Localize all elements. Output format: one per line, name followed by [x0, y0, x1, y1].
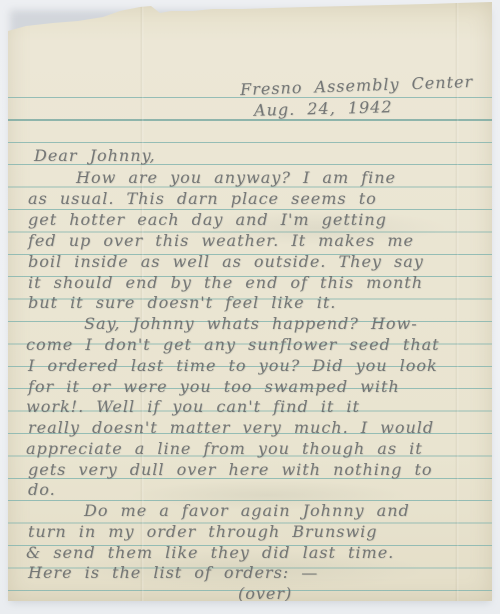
- letter-line: for it or were you too swamped with: [28, 377, 400, 397]
- letter-line: How are you anyway? I am fine: [76, 168, 396, 188]
- letter-line: as usual. This darn place seems to: [28, 189, 377, 209]
- letter-line: & send them like they did last time.: [26, 543, 394, 563]
- letter-line: fed up over this weather. It makes me: [28, 231, 414, 251]
- letter-line: do.: [28, 480, 56, 500]
- letter-line: get hotter each day and I'm getting: [28, 210, 387, 230]
- letter-line: I ordered last time to you? Did you look: [28, 356, 438, 376]
- letter-line: gets very dull over here with nothing to: [28, 460, 433, 480]
- letter-line: it should end by the end of this month: [28, 273, 423, 293]
- letter-line: come I don't get any sunflower seed that: [26, 335, 440, 355]
- letter-line: really doesn't matter very much. I would: [28, 418, 434, 438]
- letter-line: work!. Well if you can't find it it: [26, 397, 360, 417]
- letter-line: boil inside as well as outside. They say: [28, 252, 424, 272]
- scanned-letter: Fresno Assembly Center Aug. 24, 1942 Dea…: [0, 0, 500, 614]
- letter-line: Say, Johnny whats happend? How-: [84, 314, 418, 334]
- ruled-line-dark: [8, 119, 492, 121]
- letter-paper: Fresno Assembly Center Aug. 24, 1942 Dea…: [8, 0, 492, 601]
- letter-line: but it sure doesn't feel like it.: [28, 293, 336, 313]
- letter-line: turn in my order through Brunswig: [28, 522, 378, 542]
- letter-line: Do me a favor again Johnny and: [84, 501, 410, 521]
- letter-line: appreciate a line from you though as it: [26, 439, 423, 459]
- heading-location: Fresno Assembly Center: [240, 72, 474, 100]
- heading-date: Aug. 24, 1942: [254, 97, 393, 121]
- salutation: Dear Johnny,: [34, 146, 156, 166]
- letter-line: Here is the list of orders: —: [28, 563, 318, 583]
